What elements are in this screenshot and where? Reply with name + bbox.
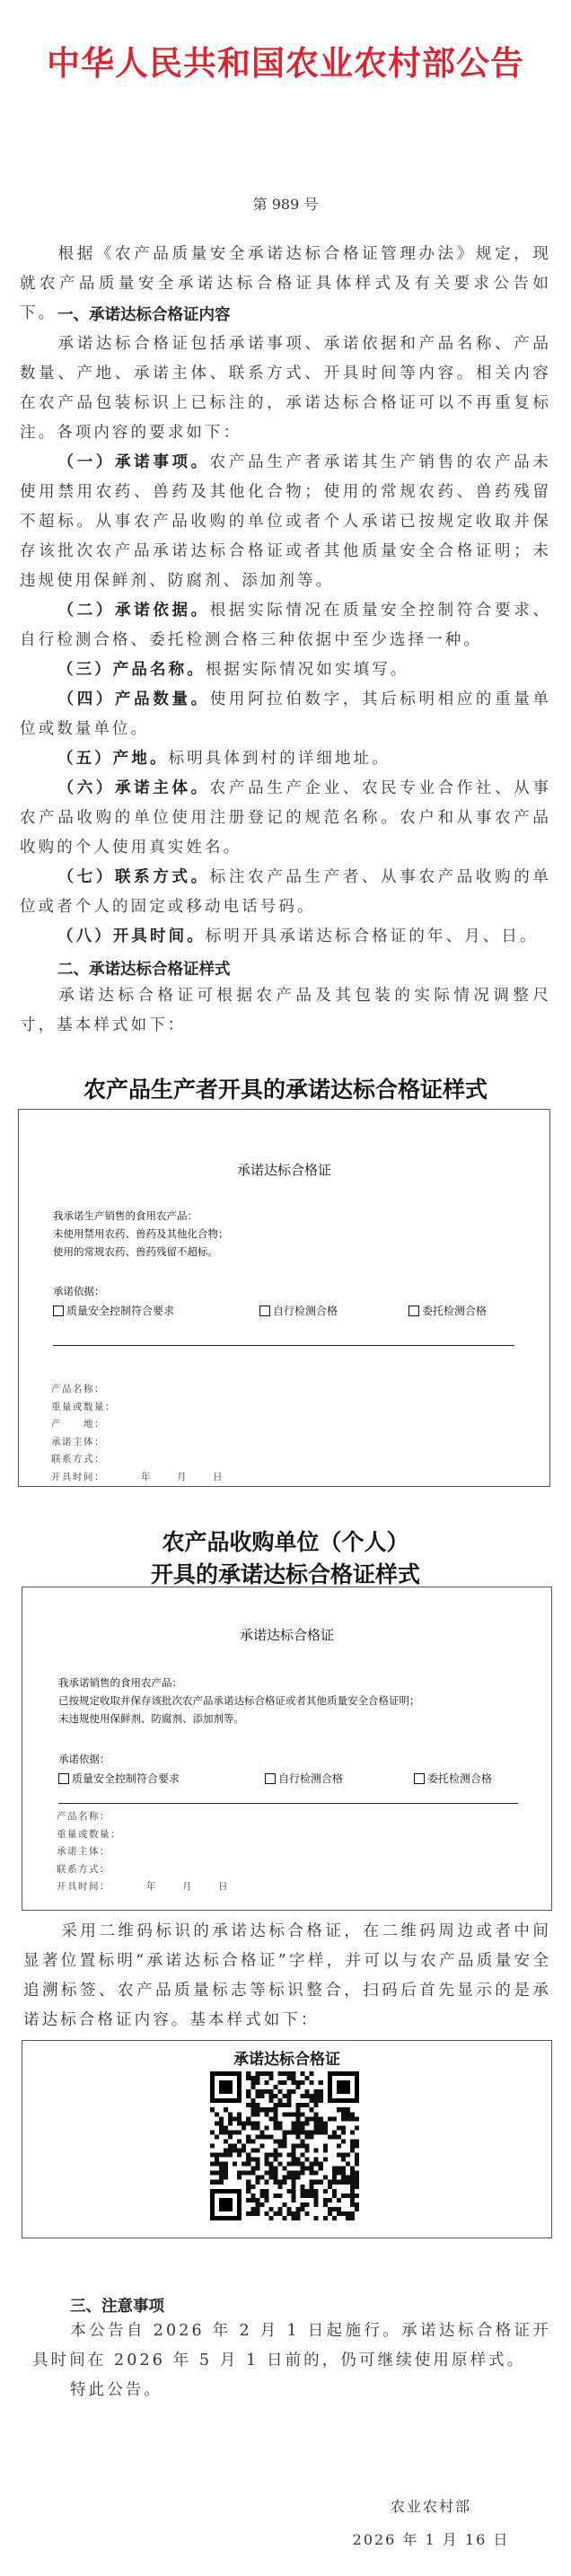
basis-option-commissioned-test[interactable]: 委托检测合格 — [414, 1771, 492, 1786]
commitment-line: 已按规定收取并保存该批次农产品承诺达标合格证或者其他质量安全合格证明； — [58, 1692, 420, 1710]
signature-org: 农业农村部 — [341, 2490, 521, 2523]
checkbox-icon[interactable] — [265, 1773, 276, 1784]
item-6: （六）承诺主体。农产品生产企业、农民专业合作社、从事农产品收购的单位使用注册登记… — [20, 774, 551, 863]
page-title: 中华人民共和国农业农村部公告 — [0, 36, 571, 84]
producer-basis-options: 质量安全控制符合要求 自行检测合格 委托检测合格 — [53, 1303, 487, 1318]
item-1-label: （一）承诺事项。 — [57, 453, 210, 471]
checkbox-icon[interactable] — [58, 1773, 69, 1784]
field-contact: 联系方式： — [51, 1451, 224, 1469]
producer-sample-title: 农产品生产者开具的承诺达标合格证样式 — [0, 1074, 571, 1106]
commitment-line: 未使用禁用农药、兽药及其他化合物； — [53, 1225, 229, 1243]
producer-basis-label: 承诺依据： — [53, 1282, 105, 1300]
month-unit: 月 — [177, 1469, 213, 1487]
option-label: 委托检测合格 — [422, 1303, 487, 1318]
producer-commitment: 我承诺生产销售的食用农产品： 未使用禁用农药、兽药及其他化合物； 使用的常规农药… — [53, 1207, 229, 1261]
item-7-label: （七）联系方式。 — [57, 868, 210, 886]
section-2-intro: 承诺达标合格证可根据农产品及其包装的实际情况调整尺寸，基本样式如下： — [20, 981, 551, 1041]
commitment-line: 未违规使用保鲜剂、防腐剂、添加剂等。 — [58, 1710, 420, 1728]
purchaser-fields: 产品名称： 重量或数量： 承诺主体： 联系方式： 开具时间：年月日 — [57, 1808, 229, 1896]
qr-intro-text: 采用二维码标识的承诺达标合格证，在二维码周边或者中间显著位置标明“承诺达标合格证… — [23, 1922, 551, 2029]
item-4-label: （四）产品数量。 — [57, 690, 210, 708]
field-product-name: 产品名称： — [51, 1381, 224, 1399]
section-3-text-content: 本公告自 2026 年 2 月 1 日起施行。承诺达标合格证开具时间在 2026… — [32, 2322, 551, 2369]
purchaser-commitment: 我承诺销售的食用农产品： 已按规定收取并保存该批次农产品承诺达标合格证或者其他质… — [58, 1674, 420, 1728]
qr-cert-title: 承诺达标合格证 — [22, 2046, 551, 2069]
basis-option-commissioned-test[interactable]: 委托检测合格 — [408, 1303, 487, 1318]
purchaser-basis-label: 承诺依据： — [58, 1750, 110, 1768]
section-2-heading: 二、承诺达标合格证样式 — [57, 957, 231, 980]
section-3-heading: 三、注意事项 — [70, 2294, 164, 2317]
year-unit: 年 — [146, 1878, 182, 1896]
item-3: （三）产品名称。根据实际情况如实填写。 — [20, 655, 551, 685]
day-unit: 日 — [218, 1878, 229, 1896]
item-3-label: （三）产品名称。 — [57, 661, 206, 679]
field-product-name: 产品名称： — [57, 1808, 229, 1826]
item-8: （八）开具时间。标明开具承诺达标合格证的年、月、日。 — [20, 922, 551, 952]
purchaser-title-line-1: 农产品收购单位（个人） — [0, 1526, 571, 1559]
item-4: （四）产品数量。使用阿拉伯数字，其后标明相应的重量单位或数量单位。 — [20, 685, 551, 744]
checkbox-icon[interactable] — [259, 1306, 270, 1316]
item-8-label: （八）开具时间。 — [57, 928, 206, 945]
basis-option-quality-control[interactable]: 质量安全控制符合要求 — [53, 1303, 259, 1318]
basis-option-quality-control[interactable]: 质量安全控制符合要求 — [58, 1771, 265, 1786]
closing-text: 特此公告。 — [70, 2381, 163, 2399]
producer-certificate-box: 承诺达标合格证 我承诺生产销售的食用农产品： 未使用禁用农药、兽药及其他化合物；… — [18, 1109, 550, 1487]
field-origin: 产 地： — [51, 1416, 224, 1434]
closing-paragraph: 特此公告。 — [32, 2376, 551, 2405]
item-5: （五）产地。标明具体到村的详细地址。 — [20, 744, 551, 774]
item-7: （七）联系方式。标注农产品生产者、从事农产品收购的单位或者个人的固定或移动电话号… — [20, 863, 551, 922]
purchaser-cert-title: 承诺达标合格证 — [22, 1625, 551, 1644]
option-label: 质量安全控制符合要求 — [66, 1303, 174, 1318]
purchaser-certificate-box: 承诺达标合格证 我承诺销售的食用农产品： 已按规定收取并保存该批次农产品承诺达标… — [22, 1587, 552, 1911]
document-number: 第 989 号 — [0, 193, 571, 214]
item-1: （一）承诺事项。农产品生产者承诺其生产销售的农产品未使用禁用农药、兽药及其他化合… — [20, 448, 551, 596]
option-label: 自行检测合格 — [273, 1303, 338, 1318]
qr-code-icon — [210, 2071, 359, 2220]
commitment-line: 我承诺生产销售的食用农产品： — [53, 1207, 229, 1225]
date-label: 开具时间： — [57, 1878, 146, 1896]
commitment-line: 使用的常规农药、兽药残留不超标。 — [53, 1243, 229, 1261]
checkbox-icon[interactable] — [414, 1773, 425, 1784]
item-2: （二）承诺依据。根据实际情况在质量安全控制符合要求、自行检测合格、委托检测合格三… — [20, 596, 551, 655]
date-label: 开具时间： — [51, 1469, 141, 1487]
producer-cert-title: 承诺达标合格证 — [19, 1160, 549, 1179]
field-subject: 承诺主体： — [51, 1434, 224, 1452]
item-6-label: （六）承诺主体。 — [57, 779, 210, 797]
section-3-text: 本公告自 2026 年 2 月 1 日起施行。承诺达标合格证开具时间在 2026… — [32, 2317, 551, 2376]
commitment-line: 我承诺销售的食用农产品： — [58, 1674, 420, 1692]
checkbox-icon[interactable] — [53, 1306, 64, 1316]
field-quantity: 重量或数量： — [51, 1399, 224, 1417]
option-label: 质量安全控制符合要求 — [72, 1771, 180, 1786]
item-2-label: （二）承诺依据。 — [57, 602, 210, 620]
item-5-label: （五）产地。 — [57, 750, 169, 768]
section-1-heading: 一、承诺达标合格证内容 — [57, 303, 231, 325]
purchaser-basis-options: 质量安全控制符合要求 自行检测合格 委托检测合格 — [58, 1771, 492, 1786]
producer-fields: 产品名称： 重量或数量： 产 地： 承诺主体： 联系方式： 开具时间：年月日 — [51, 1381, 224, 1486]
field-quantity: 重量或数量： — [57, 1826, 229, 1844]
item-1-text: 农产品生产者承诺其生产销售的农产品未使用禁用农药、兽药及其他化合物；使用的常规农… — [20, 453, 551, 590]
qr-intro-paragraph: 采用二维码标识的承诺达标合格证，在二维码周边或者中间显著位置标明“承诺达标合格证… — [23, 1917, 551, 2035]
field-subject: 承诺主体： — [57, 1843, 229, 1861]
day-unit: 日 — [213, 1469, 224, 1487]
option-label: 委托检测合格 — [427, 1771, 492, 1786]
qr-certificate-box: 承诺达标合格证 — [22, 2040, 552, 2238]
checkbox-icon[interactable] — [408, 1306, 419, 1316]
item-5-text: 标明具体到村的详细地址。 — [169, 750, 391, 768]
field-issue-date: 开具时间：年月日 — [57, 1878, 229, 1896]
field-issue-date: 开具时间：年月日 — [51, 1469, 224, 1487]
divider — [53, 1345, 514, 1346]
divider — [58, 1803, 518, 1804]
month-unit: 月 — [182, 1878, 218, 1896]
option-label: 自行检测合格 — [278, 1771, 343, 1786]
item-8-text: 标明开具承诺达标合格证的年、月、日。 — [206, 928, 539, 945]
item-3-text: 根据实际情况如实填写。 — [206, 661, 409, 679]
purchaser-sample-title: 农产品收购单位（个人） 开具的承诺达标合格证样式 — [0, 1526, 571, 1591]
year-unit: 年 — [141, 1469, 177, 1487]
field-contact: 联系方式： — [57, 1861, 229, 1879]
section-1-intro: 承诺达标合格证包括承诺事项、承诺依据和产品名称、产品数量、产地、承诺主体、联系方… — [20, 330, 551, 448]
signature-block: 农业农村部 2026 年 1 月 16 日 — [341, 2490, 521, 2556]
section-1-intro-text: 承诺达标合格证包括承诺事项、承诺依据和产品名称、产品数量、产地、承诺主体、联系方… — [20, 335, 551, 442]
basis-option-self-test[interactable]: 自行检测合格 — [265, 1771, 414, 1786]
signature-date: 2026 年 1 月 16 日 — [341, 2523, 521, 2556]
section-2-intro-text: 承诺达标合格证可根据农产品及其包装的实际情况调整尺寸，基本样式如下： — [20, 987, 551, 1034]
basis-option-self-test[interactable]: 自行检测合格 — [259, 1303, 408, 1318]
